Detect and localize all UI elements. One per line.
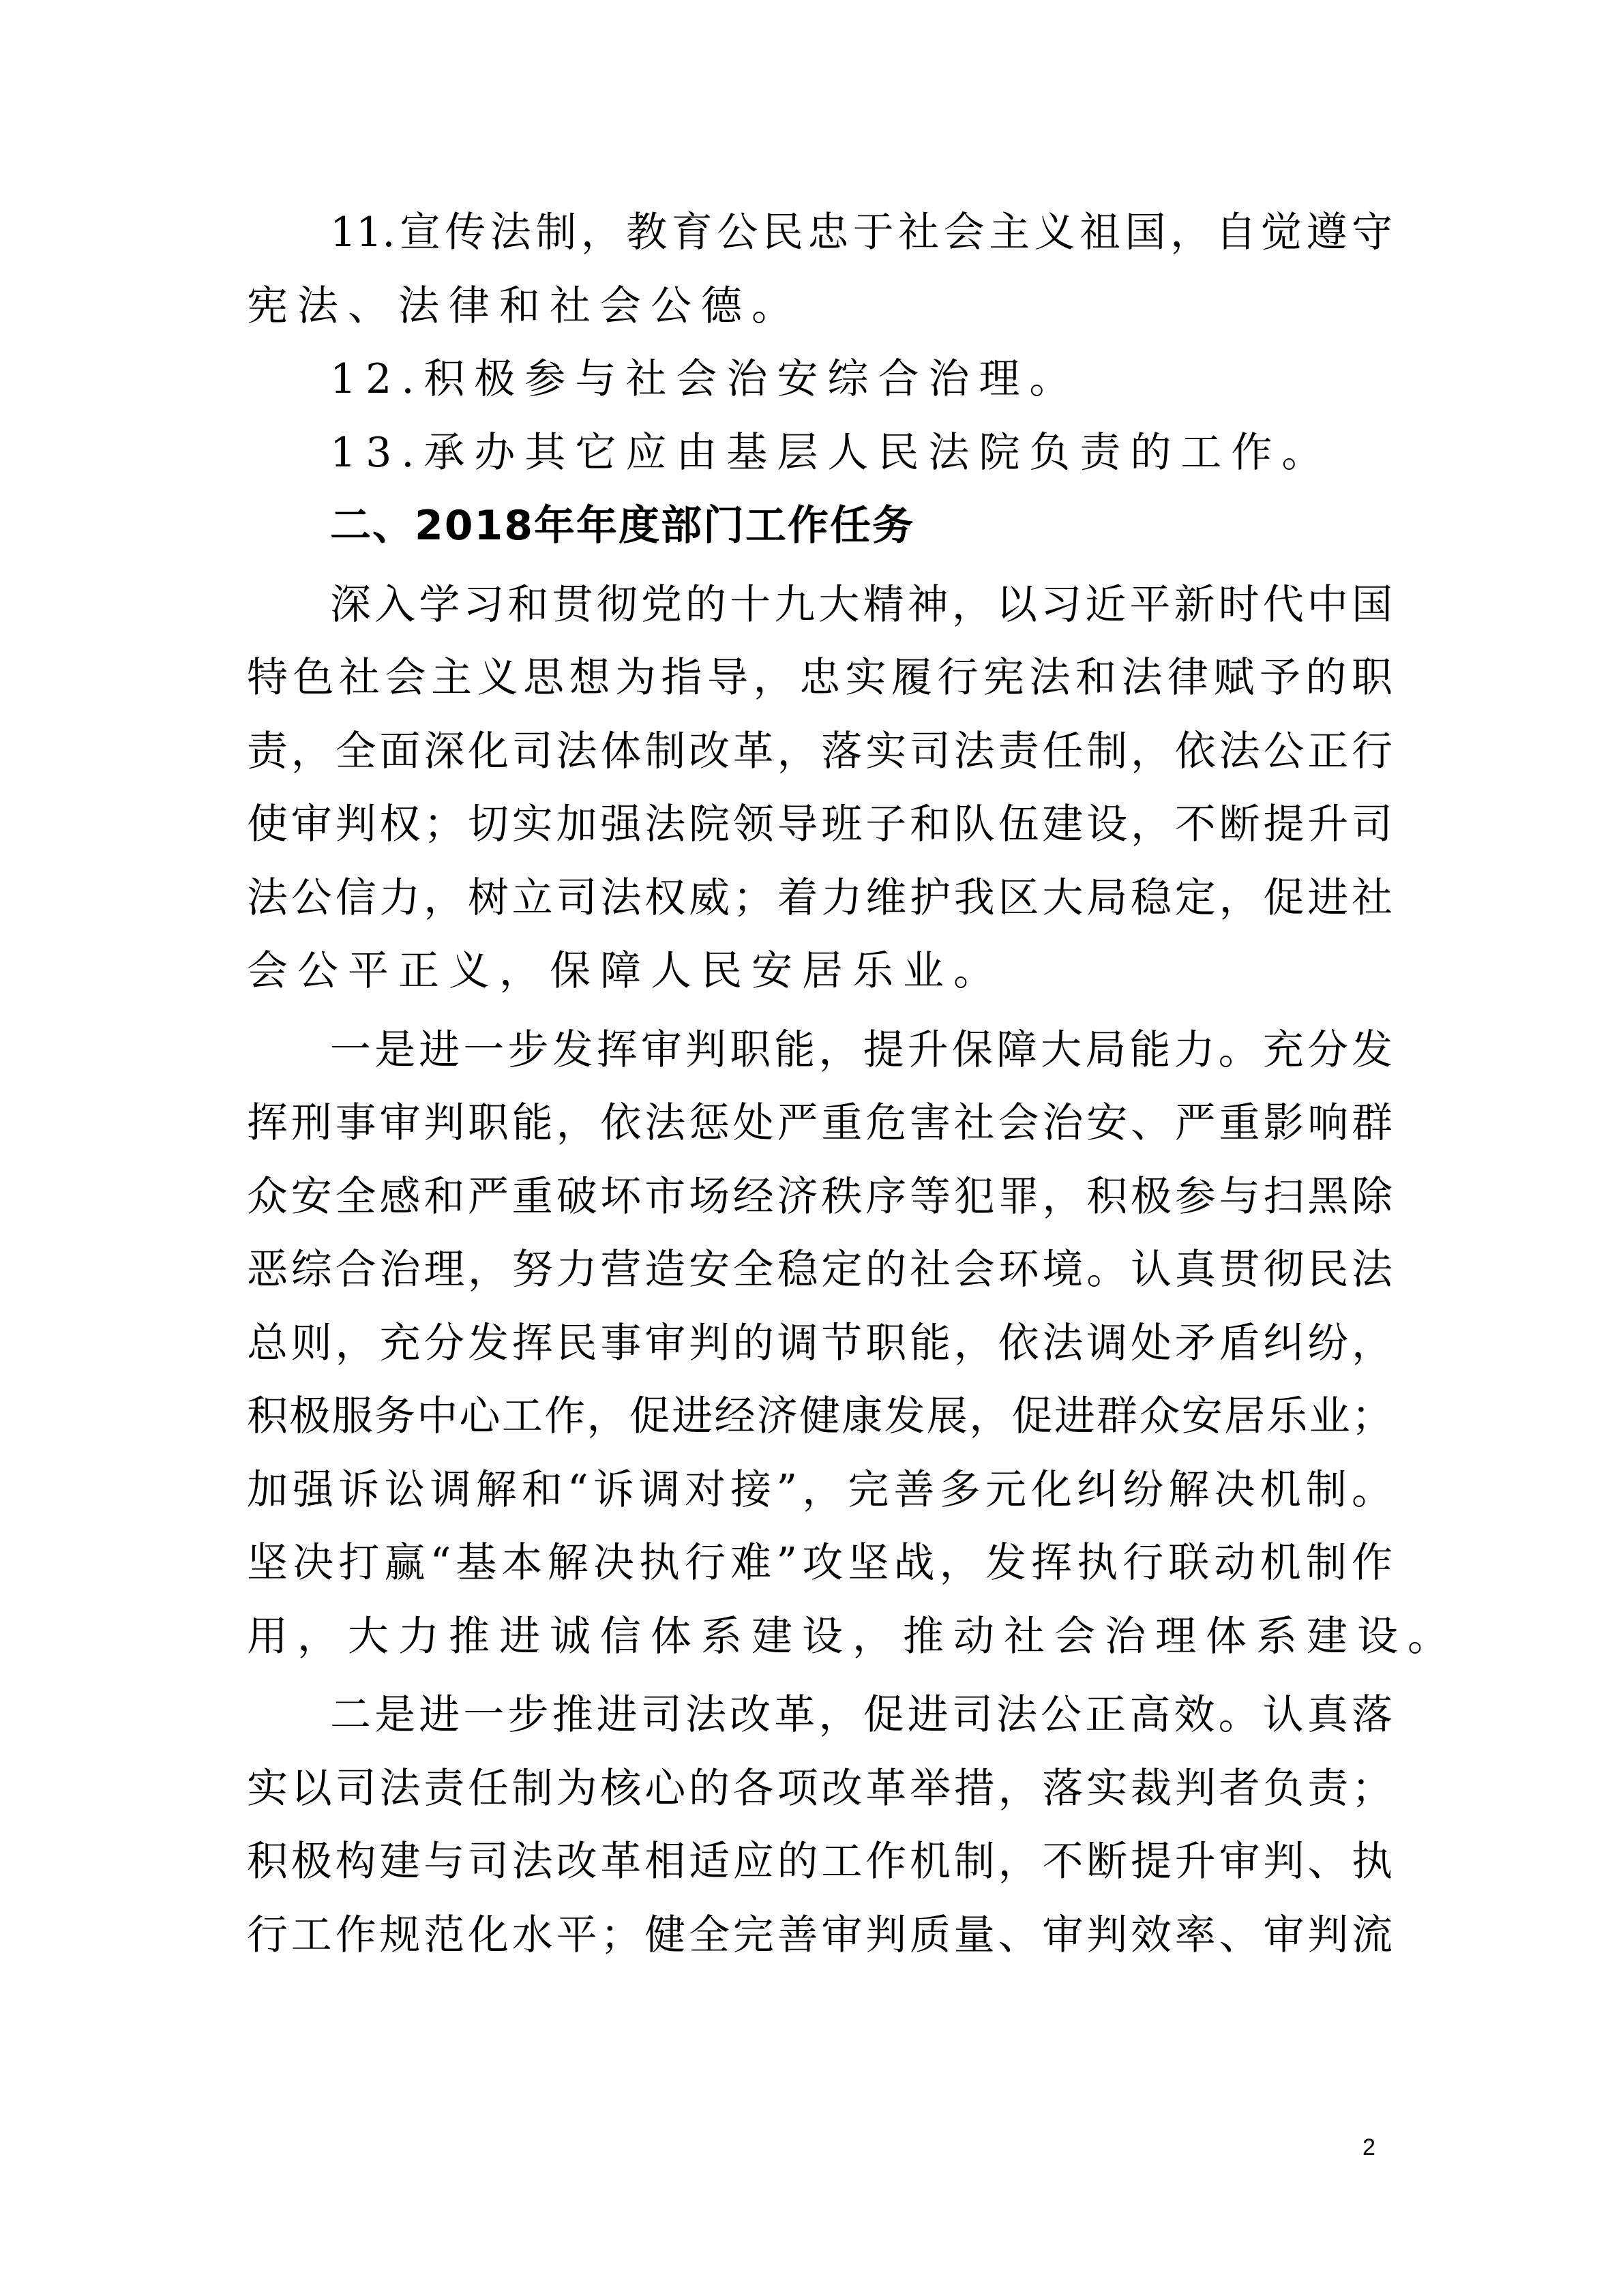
document-body: 11.宣传法制，教育公民忠于社会主义祖国，自觉遵守 宪法、法律和社会公德。 12… [247,196,1393,1972]
list-item-12: 12.积极参与社会治安综合治理。 [247,343,1393,417]
paragraph-one-line: 坚决打赢“基本解决执行难”攻坚战，发挥执行联动机制作 [247,1527,1393,1600]
paragraph-one-line: 用，大力推进诚信体系建设，推动社会治理体系建设。 [247,1600,1393,1674]
section-heading: 二、2018年年度部门工作任务 [247,490,1393,563]
paragraph-intro-line: 责，全面深化司法体制改革，落实司法责任制，依法公正行 [247,715,1393,789]
paragraph-intro-line: 特色社会主义思想为指导，忠实履行宪法和法律赋予的职 [247,642,1393,715]
list-item-13: 13.承办其它应由基层人民法院负责的工作。 [247,417,1393,490]
paragraph-one-line: 众安全感和严重破坏市场经济秩序等犯罪，积极参与扫黑除 [247,1161,1393,1234]
list-item-11-line-1: 11.宣传法制，教育公民忠于社会主义祖国，自觉遵守 [247,196,1393,270]
paragraph-one-line: 积极服务中心工作，促进经济健康发展，促进群众安居乐业； [247,1380,1393,1454]
paragraph-intro-line: 深入学习和贯彻党的十九大精神，以习近平新时代中国 [247,569,1393,642]
paragraph-one-line: 总则，充分发挥民事审判的调节职能，依法调处矛盾纠纷， [247,1307,1393,1381]
paragraph-intro-line: 会公平正义，保障人民安居乐业。 [247,935,1393,1009]
paragraph-one-line: 挥刑事审判职能，依法惩处严重危害社会治安、严重影响群 [247,1087,1393,1161]
paragraph-one-line: 一是进一步发挥审判职能，提升保障大局能力。充分发 [247,1014,1393,1088]
paragraph-intro-line: 使审判权；切实加强法院领导班子和队伍建设，不断提升司 [247,788,1393,862]
paragraph-one-line: 加强诉讼调解和“诉调对接”，完善多元化纠纷解决机制。 [247,1454,1393,1527]
document-page: 11.宣传法制，教育公民忠于社会主义祖国，自觉遵守 宪法、法律和社会公德。 12… [0,0,1623,2296]
paragraph-two-line: 行工作规范化水平；健全完善审判质量、审判效率、审判流 [247,1899,1393,1973]
page-number: 2 [1363,2134,1375,2161]
paragraph-intro-line: 法公信力，树立司法权威；着力维护我区大局稳定，促进社 [247,862,1393,936]
paragraph-one-line: 恶综合治理，努力营造安全稳定的社会环境。认真贯彻民法 [247,1234,1393,1307]
paragraph-two-line: 积极构建与司法改革相适应的工作机制，不断提升审判、执 [247,1825,1393,1899]
paragraph-two-line: 实以司法责任制为核心的各项改革举措，落实裁判者负责； [247,1753,1393,1826]
paragraph-two-line: 二是进一步推进司法改革，促进司法公正高效。认真落 [247,1679,1393,1753]
list-item-11-line-2: 宪法、法律和社会公德。 [247,270,1393,344]
